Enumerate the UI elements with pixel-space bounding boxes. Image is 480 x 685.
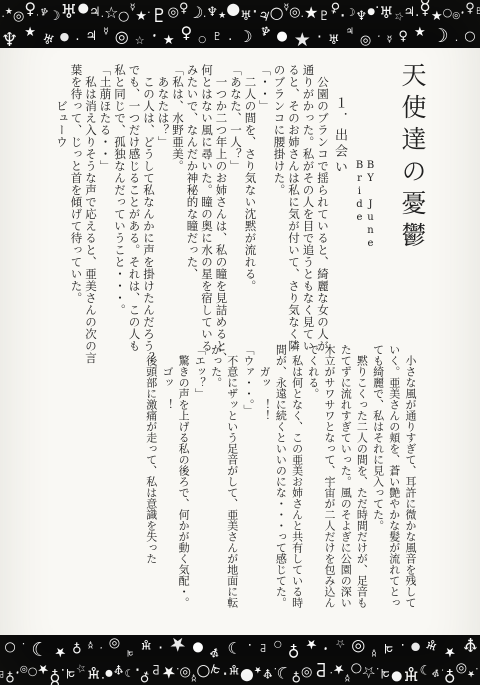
text-line: ても綺麗で、私はそれに見入ってた。 (369, 344, 385, 612)
celestial-symbol-icon: ♅ (424, 635, 440, 652)
celestial-symbol-icon: ● (60, 29, 70, 44)
celestial-symbol-icon: ◎ (351, 640, 365, 655)
text-line: 何とはない風に尋いた。瞳の奥に水の星を宿している (200, 64, 215, 366)
celestial-symbol-icon: ♀ (444, 669, 456, 684)
celestial-symbol-icon: · (321, 639, 331, 655)
text-line: 公園のブランコで揺られていると、綺麗な女の人が (316, 64, 331, 366)
celestial-symbol-row-bottom: ♇·★◎♀·♆☽♅●♃·☆○☿★·♇◎♀☽·♆★●♅·♃○☿◎·★♇♀·☽♆●·… (0, 635, 480, 685)
text-line: がった。 (207, 344, 223, 612)
celestial-symbol-icon: ☿ (345, 669, 351, 684)
celestial-symbol-row-top: ♇·★◎♀·♆☽♅●♃·☆○☿★·♇◎♀☽·♆★●♅·♃○☿◎·★♇♀·☽♆●·… (0, 0, 480, 48)
text-line: ビューウ (55, 64, 70, 366)
celestial-symbol-icon: · (134, 661, 140, 676)
celestial-symbol-icon: ♀ (5, 669, 15, 684)
celestial-symbol-icon: ● (192, 640, 203, 655)
celestial-symbol-icon: ◎ (289, 5, 300, 20)
celestial-symbol-icon: ★ (306, 636, 318, 651)
celestial-symbol-icon: ☿ (371, 644, 377, 659)
celestial-symbol-icon: ♃ (346, 25, 354, 40)
celestial-symbol-icon: ♅ (402, 665, 419, 680)
celestial-symbol-icon: ○ (28, 665, 38, 680)
celestial-symbol-icon: · (375, 28, 383, 43)
top-border-celestial-decoration: ♇·★◎♀·♆☽♅●♃·☆○☿★·♇◎♀☽·♆★●♅·♃○☿◎·★♇♀·☽♆●·… (0, 0, 480, 48)
celestial-symbol-icon: ♀ (291, 669, 301, 684)
celestial-symbol-icon: ☿ (103, 25, 109, 40)
celestial-symbol-icon: ☽ (346, 5, 356, 20)
celestial-symbol-icon: ◎ (13, 9, 24, 24)
celestial-symbol-icon: ★ (37, 661, 49, 676)
celestial-symbol-icon: ☿ (88, 636, 94, 651)
celestial-symbol-icon: ☆ (335, 636, 345, 651)
celestial-symbol-icon: ♆ (262, 665, 274, 680)
celestial-symbol-icon: · (176, 661, 180, 676)
text-line: のブランコに腰掛けた。 (272, 64, 287, 366)
text-line: あなたは？」 (156, 64, 171, 366)
celestial-symbol-icon: · (475, 661, 479, 676)
text-line: 「ウァ・・。」 (240, 344, 256, 612)
celestial-symbol-icon: ☽ (227, 640, 241, 655)
celestial-symbol-icon: ★ (135, 9, 147, 24)
celestial-symbol-icon: · (203, 9, 207, 24)
celestial-symbol-icon: ♆ (462, 636, 479, 651)
celestial-symbol-icon: ♅ (240, 9, 252, 24)
text-line: でも、一つだけ感じることがある。それは、この人も (127, 64, 142, 366)
celestial-symbol-icon: ♀ (465, 1, 475, 16)
celestial-symbol-icon: ● (367, 5, 375, 20)
celestial-symbol-icon: ♇ (212, 29, 222, 44)
celestial-symbol-icon: ☽ (31, 640, 48, 655)
text-line: 葉を待って、じっと首を傾げて待っていた。 (69, 64, 84, 366)
page-title: 天使達の憂鬱 (394, 62, 430, 272)
celestial-symbol-icon: ◎ (180, 665, 191, 680)
celestial-symbol-icon: ☿ (191, 669, 197, 684)
celestial-symbol-icon: ♃ (126, 644, 134, 659)
text-line: 不意にザッという足音がして、亜美さんが地面に転 (224, 344, 240, 612)
celestial-symbol-icon: ★ (414, 25, 426, 40)
bottom-border-celestial-decoration: ♇·★◎♀·♆☽♅●♃·☆○☿★·♇◎♀☽·♆★●♅·♃○☿◎·★♇♀·☽♆●·… (0, 635, 480, 685)
celestial-symbol-icon: ● (240, 669, 254, 684)
celestial-symbol-icon: ★ (333, 661, 345, 676)
celestial-symbol-icon: ♆ (356, 9, 368, 24)
celestial-symbol-icon: ♇ (475, 5, 480, 20)
celestial-symbol-icon: · (1, 9, 5, 24)
celestial-symbol-icon: ★ (169, 636, 186, 651)
celestial-symbol-icon: ♆ (429, 664, 443, 681)
celestial-symbol-icon: ♅ (328, 33, 340, 48)
celestial-symbol-icon: ★ (54, 644, 66, 659)
celestial-symbol-icon: ● (411, 640, 421, 655)
celestial-symbol-icon: ♃ (256, 7, 272, 25)
celestial-symbol-icon: · (375, 1, 379, 16)
text-line: 黙りこくった二人の間を、ただ時間だけが、足音も (353, 344, 369, 612)
text-line: 「エッ？」 (191, 344, 207, 612)
celestial-symbol-icon: ★ (467, 665, 475, 680)
celestial-symbol-icon: ★ (218, 9, 226, 24)
text-line: 後頭部に激痛が走って、私は意識を失った (143, 344, 159, 612)
celestial-symbol-icon: ★ (304, 5, 318, 20)
scanned-doujinshi-page: ♇·★◎♀·♆☽♅●♃·☆○☿★·♇◎♀☽·♆★●♅·♃○☿◎·★♇♀·☽♆●·… (0, 0, 480, 685)
celestial-symbol-icon: ☽ (125, 665, 135, 680)
celestial-symbol-icon: · (222, 665, 228, 680)
celestial-symbol-icon: ♃ (86, 29, 98, 44)
celestial-symbol-icon: · (22, 636, 26, 651)
celestial-symbol-icon: ♀ (398, 29, 408, 44)
author-byline: BY June Bride (354, 160, 376, 310)
celestial-symbol-icon: ♃ (89, 5, 101, 20)
celestial-symbol-icon: · (158, 640, 163, 655)
celestial-symbol-icon: ● (105, 665, 113, 680)
celestial-symbol-icon: ♆ (206, 5, 218, 20)
celestial-symbol-icon: ★ (254, 661, 262, 676)
celestial-symbol-icon: ♀ (24, 1, 36, 16)
celestial-symbol-icon: · (329, 665, 333, 680)
celestial-symbol-icon: ★ (431, 9, 443, 24)
celestial-symbol-icon: ♅ (61, 5, 78, 20)
celestial-symbol-icon: ♃ (383, 640, 395, 655)
celestial-symbol-icon: ♅ (228, 661, 240, 676)
celestial-symbol-icon: ♇ (312, 661, 329, 676)
celestial-symbol-icon: ★ (24, 25, 36, 40)
celestial-symbol-icon: ☿ (419, 1, 431, 16)
celestial-symbol-icon: · (300, 9, 304, 24)
celestial-symbol-icon: · (455, 33, 459, 48)
text-line: 驚きの声を上げる私の後ろで、何かが動く気配・。 (175, 344, 191, 612)
celestial-symbol-icon: ◎ (115, 29, 129, 44)
celestial-symbol-icon: ★ (5, 5, 13, 20)
celestial-symbol-icon: ☽ (420, 661, 432, 676)
text-line: 通りがかった。私がその人を目で追うともなく見てい (301, 64, 316, 366)
celestial-symbol-icon: ★ (444, 644, 456, 659)
celestial-symbol-icon: ● (276, 29, 287, 44)
celestial-symbol-icon: ♀ (288, 644, 300, 659)
celestial-symbol-icon: ☿ (387, 33, 393, 48)
celestial-symbol-icon: ☿ (49, 669, 61, 684)
celestial-symbol-icon: ◎ (456, 661, 467, 676)
celestial-symbol-icon: · (376, 661, 380, 676)
celestial-symbol-icon: ♆ (1, 33, 18, 48)
text-line: この人は、どうして私なんかに声を掛けたんだろう？ (142, 64, 157, 366)
celestial-symbol-icon: · (149, 28, 159, 44)
celestial-symbol-icon: ☆ (135, 33, 145, 48)
celestial-symbol-icon: · (101, 9, 105, 24)
text-line: 一つか二つ年上のお姉さんは、私の瞳を見詰めると、 (214, 64, 229, 366)
text-line: 私と同じで、孤独なんだっていうこと・・・。 (113, 64, 128, 366)
celestial-symbol-icon: ☆ (362, 665, 376, 680)
celestial-symbol-icon: ♅ (40, 31, 56, 48)
celestial-symbol-icon: · (248, 636, 252, 651)
celestial-symbol-icon: ♇ (150, 661, 162, 676)
celestial-symbol-icon: ● (78, 1, 89, 16)
celestial-symbol-icon: · (61, 661, 65, 676)
celestial-symbol-icon: · (317, 29, 322, 44)
celestial-symbol-icon: ◎ (109, 636, 120, 651)
text-line: でくれる。 (305, 344, 321, 612)
text-line: 「あなた、一人？」 (229, 64, 244, 366)
text-line: ガッ ！！ (256, 344, 272, 612)
celestial-symbol-icon: ♆ (257, 23, 273, 41)
celestial-symbol-icon: · (228, 33, 232, 48)
celestial-symbol-icon: · (274, 661, 278, 676)
text-line: ると、そのお姉さんは私に気が付いて、さり気なく隣 (287, 64, 302, 366)
story-text-section-1: 公園のブランコで揺られていると、綺麗な女の人が通りがかった。私がその人を目で追う… (55, 64, 331, 366)
text-line: いく。亜美さんの頬を、蒼い艶やかな髪が流れてとっ (386, 344, 402, 612)
celestial-symbol-icon: ◎ (301, 665, 312, 680)
celestial-symbol-icon: ◎ (168, 5, 179, 20)
text-line: ゴッ ！ (159, 344, 175, 612)
celestial-symbol-icon: ◎ (360, 33, 371, 48)
text-line: 「私は、水野亜美。 (171, 64, 186, 366)
celestial-symbol-icon: · (101, 669, 105, 684)
text-line: 私は何となく、この亜美お姉さんと共有している時 (288, 344, 304, 612)
celestial-symbol-icon: ☆ (392, 7, 406, 24)
text-line: みたいで、なんだか神秘的な瞳だった、 (185, 64, 200, 366)
celestial-symbol-icon: ♀ (181, 25, 193, 40)
celestial-symbol-icon: ★ (294, 33, 311, 48)
celestial-symbol-icon: ● (226, 1, 240, 16)
celestial-symbol-icon: ☿ (284, 1, 290, 16)
story-text-section-2: 小さな風が通りすぎて、耳許に微かな風音を残していく。亜美さんの頬を、蒼い艶やかな… (143, 344, 418, 612)
celestial-symbol-icon: ○ (464, 29, 475, 44)
celestial-symbol-icon: ☽ (49, 9, 61, 24)
celestial-symbol-icon: ♃ (379, 665, 391, 680)
celestial-symbol-icon: ★ (163, 33, 175, 48)
text-line: 木立がサワサワとなって、宇宙が二人だけを包み込ん (321, 344, 337, 612)
text-line: 間が、永遠に続くといいのにな・・・って感じてた。 (272, 344, 288, 612)
text-line: 二人の間を、さり気ない沈黙が流れる。 (243, 64, 258, 366)
celestial-symbol-icon: ☽ (432, 29, 449, 44)
celestial-symbol-icon: · (401, 636, 405, 651)
celestial-symbol-icon: ☽ (238, 29, 252, 44)
celestial-symbol-icon: ○ (274, 636, 282, 651)
celestial-symbol-icon: ★ (162, 665, 176, 680)
celestial-symbol-icon: ♅ (379, 5, 393, 20)
celestial-symbol-icon: ♇ (151, 9, 168, 24)
celestial-symbol-icon: ♆ (113, 661, 125, 676)
text-line: 私は消え入りそうな声で応えると、亜美さんの次の言 (84, 64, 99, 366)
celestial-symbol-icon: ♇ (258, 640, 268, 655)
celestial-symbol-icon: ○ (198, 33, 206, 48)
text-line: 小さな風が通りすぎて、耳許に微かな風音を残して (402, 344, 418, 612)
chapter-heading: １．出会い (330, 96, 349, 206)
celestial-symbol-icon: ♆ (208, 643, 224, 661)
celestial-symbol-icon: ♀ (72, 640, 82, 655)
text-line: たてずに流れすぎていった。風のそよぎに公園の深い (337, 344, 353, 612)
celestial-symbol-icon: ○ (4, 640, 15, 655)
celestial-symbol-icon: · (75, 33, 79, 48)
celestial-symbol-icon: ● (391, 669, 402, 684)
celestial-symbol-icon: ♅ (140, 636, 152, 651)
text-line: 「土萠ほたる・・」 (98, 64, 113, 366)
celestial-symbol-icon: · (97, 640, 105, 655)
celestial-symbol-icon: ○ (270, 5, 284, 20)
celestial-symbol-icon: ○ (443, 5, 453, 20)
celestial-symbol-icon: ♅ (86, 665, 100, 680)
text-line: 「・・」 (258, 64, 273, 366)
